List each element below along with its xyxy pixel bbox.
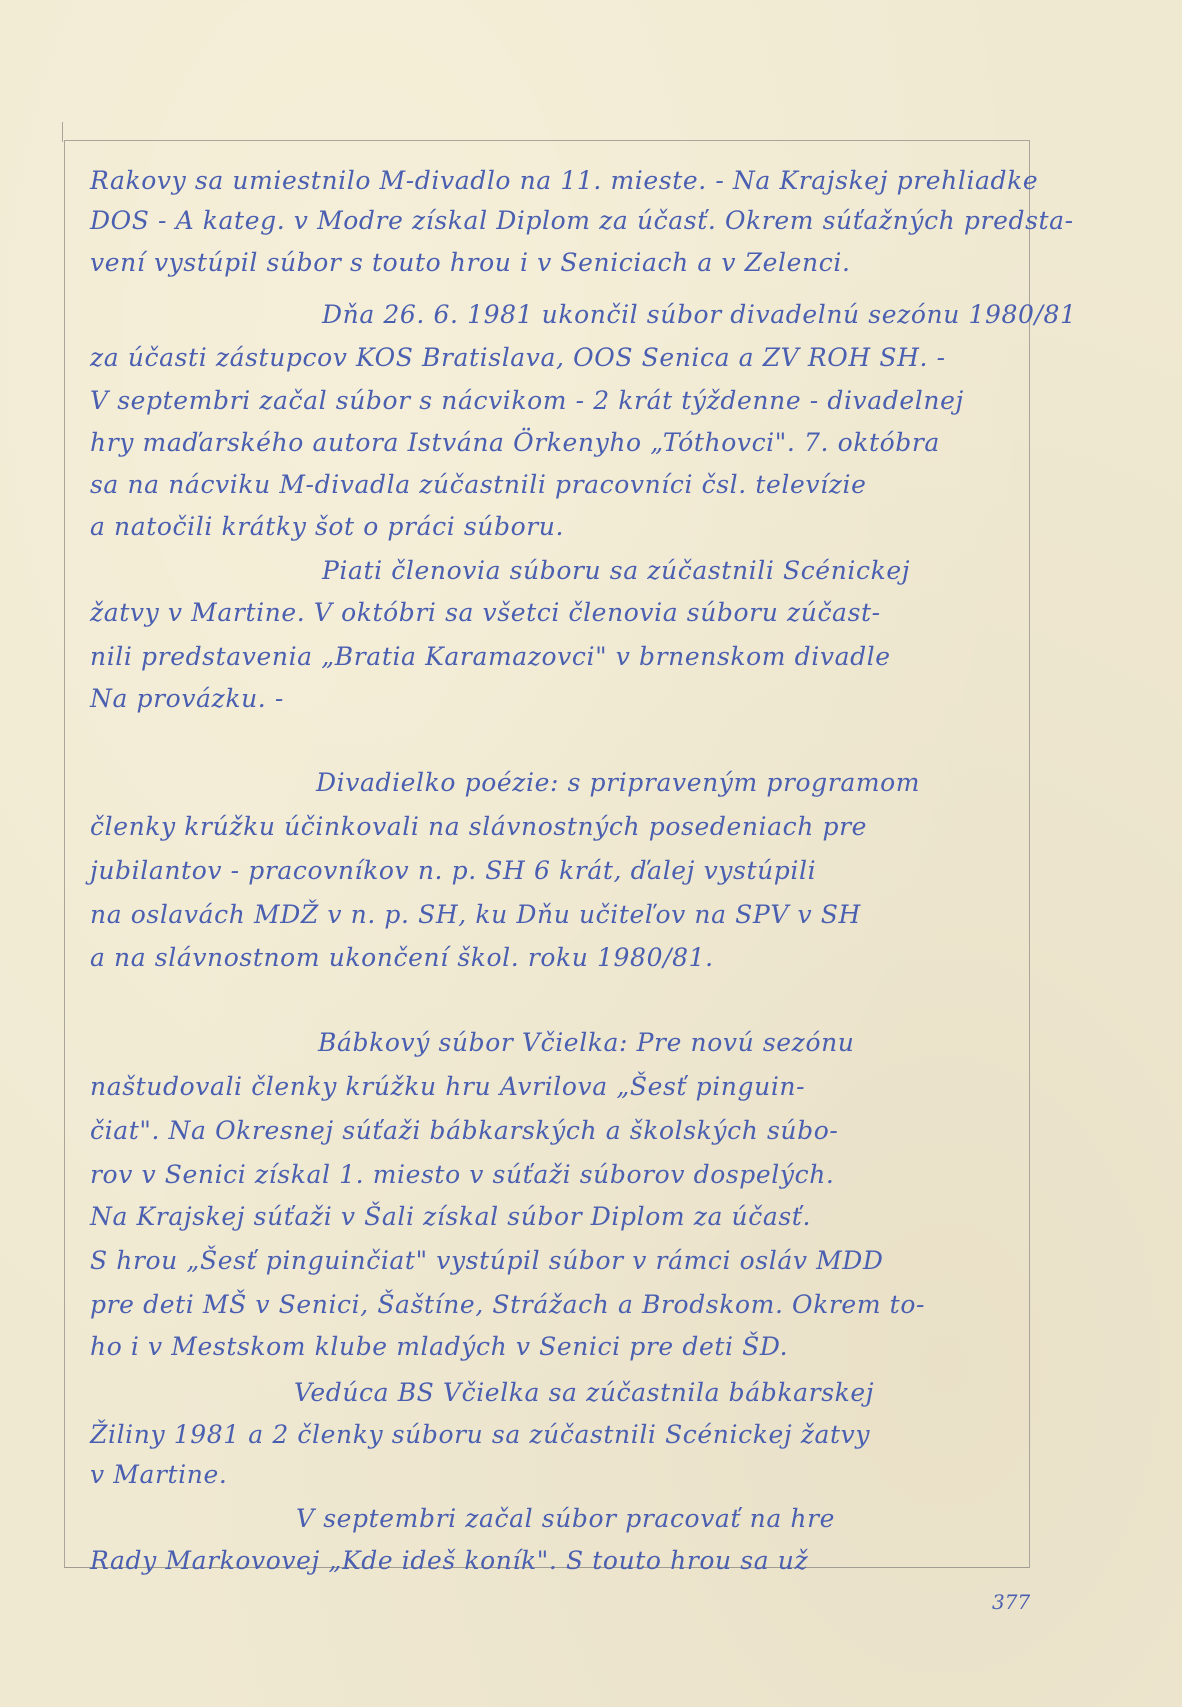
frame-corner-tick [62,122,63,142]
text-line: nili predstavenia „Bratia Karamazovci" v… [90,644,891,669]
page-number: 377 [992,1590,1030,1614]
text-line: Dňa 26. 6. 1981 ukončil súbor divadelnú … [322,302,1077,327]
text-line: členky krúžku účinkovali na slávnostných… [90,814,867,839]
text-line: DOS - A kateg. v Modre získal Diplom za … [90,208,1074,233]
text-line: vení vystúpil súbor s touto hrou i v Sen… [90,250,851,275]
text-line: jubilantov - pracovníkov n. p. SH 6 krát… [90,858,816,883]
text-line: a natočili krátky šot o práci súboru. [90,514,564,539]
text-line: Divadielko poézie: s pripraveným program… [316,770,920,795]
text-line: a na slávnostnom ukončení škol. roku 198… [90,945,714,970]
text-line: V septembri začal súbor pracovať na hre [296,1506,835,1531]
text-line: Bábkový súbor Včielka: Pre novú sezónu [318,1030,855,1055]
text-line: Žiliny 1981 a 2 členky súboru sa zúčastn… [90,1422,870,1447]
text-line: Na provázku. - [90,686,284,711]
text-line: za účasti zástupcov KOS Bratislava, OOS … [90,345,946,370]
text-line: hry maďarského autora Istvána Örkenyho „… [90,430,940,455]
text-line: v Martine. [90,1462,227,1487]
text-line: čiat". Na Okresnej súťaži bábkarských a … [90,1118,838,1143]
text-line: S hrou „Šesť pinguinčiat" vystúpil súbor… [90,1248,884,1273]
text-line: pre deti MŠ v Senici, Šaštíne, Strážach … [90,1292,925,1317]
text-line: rov v Senici získal 1. miesto v súťaži s… [90,1162,834,1187]
text-line: Piati členovia súboru sa zúčastnili Scén… [322,558,910,583]
text-line: sa na nácviku M-divadla zúčastnili praco… [90,472,866,497]
text-line: žatvy v Martine. V októbri sa všetci čle… [90,600,881,625]
text-line: ho i v Mestskom klube mladých v Senici p… [90,1334,788,1359]
text-line: V septembri začal súbor s nácvikom - 2 k… [90,388,964,413]
text-line: naštudovali členky krúžku hru Avrilova „… [90,1074,805,1099]
text-line: Rakovy sa umiestnilo M-divadlo na 11. mi… [90,168,1038,193]
text-line: na oslavách MDŽ v n. p. SH, ku Dňu učite… [90,902,861,927]
text-line: Na Krajskej súťaži v Šali získal súbor D… [90,1204,811,1229]
text-line: Vedúca BS Včielka sa zúčastnila bábkarsk… [294,1380,874,1405]
text-line: Rady Markovovej „Kde ideš koník". S tout… [90,1548,808,1573]
